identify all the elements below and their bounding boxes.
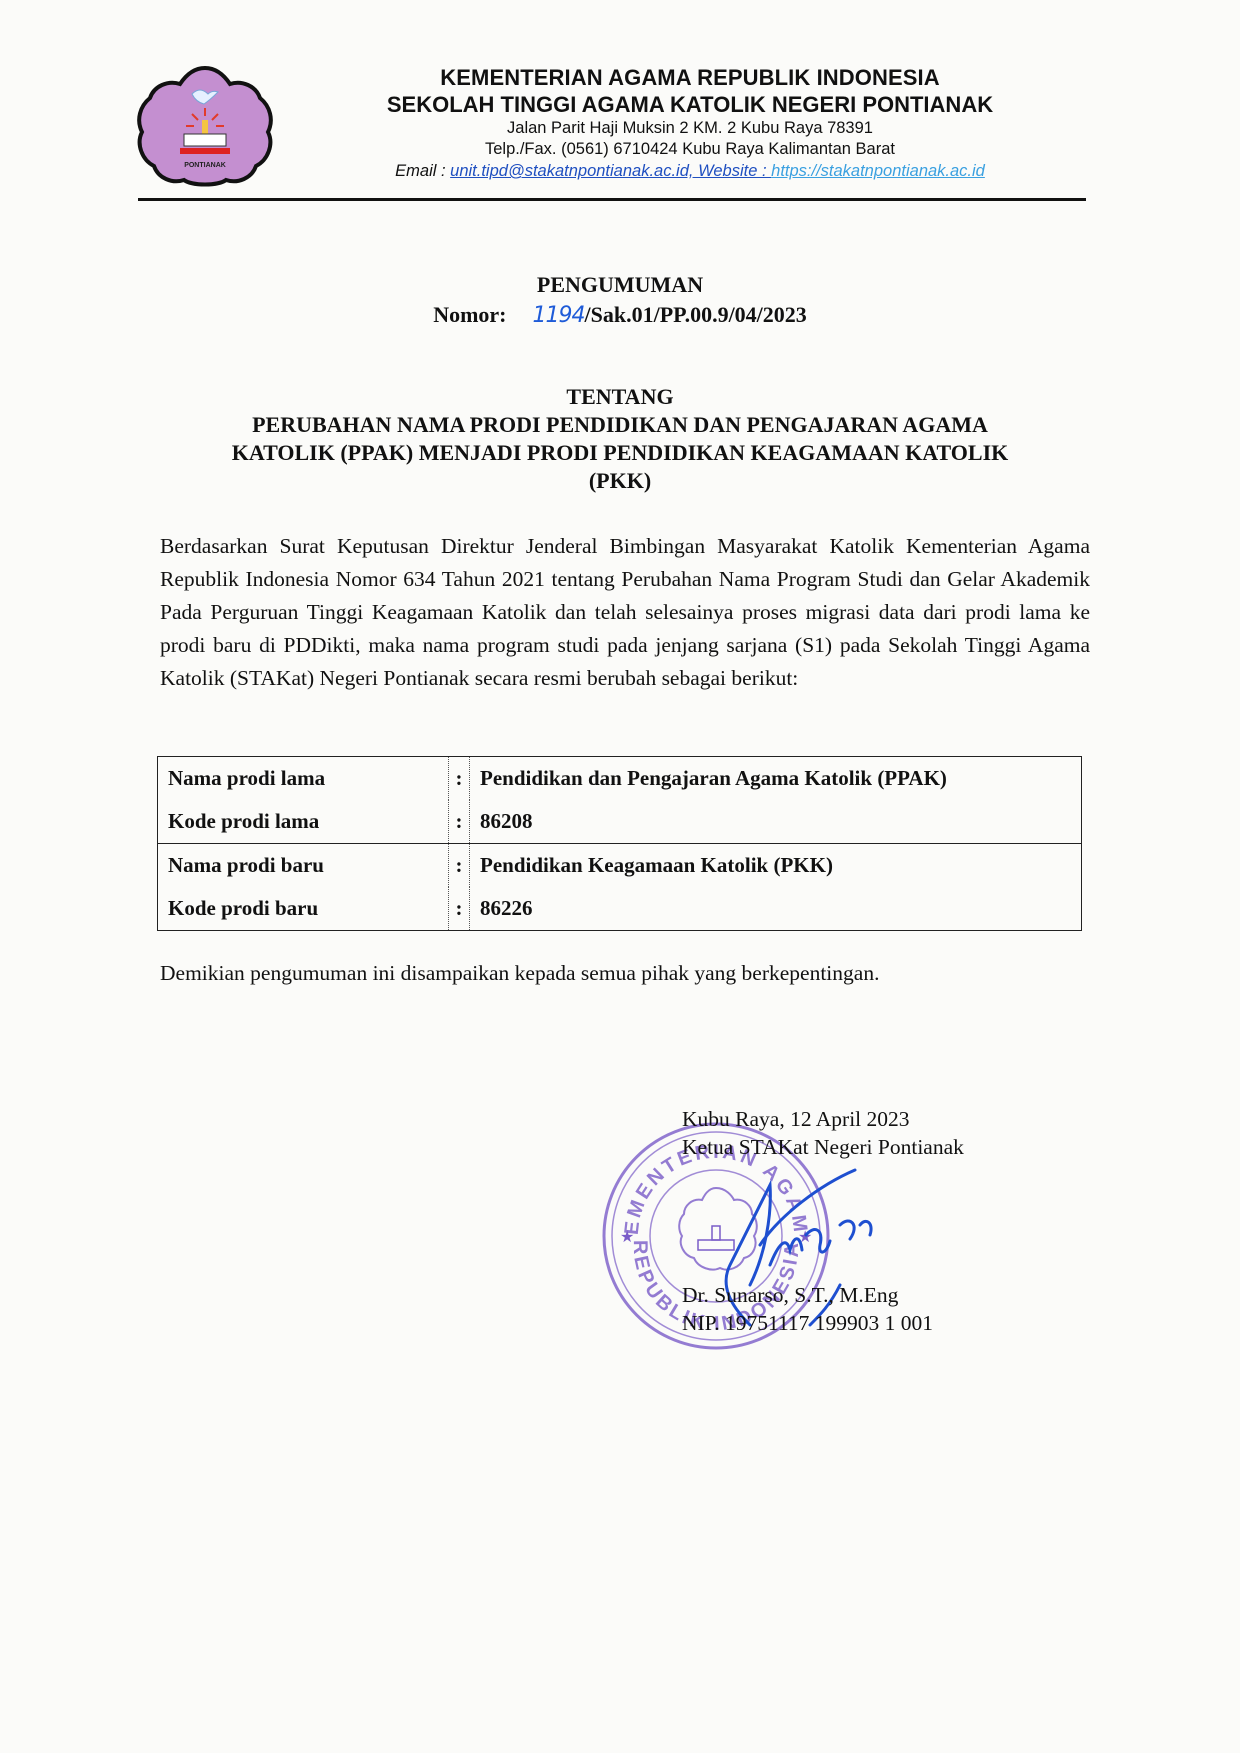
signatory-nip: NIP. 19751117 199903 1 001 [682,1309,933,1337]
row-label: Kode prodi lama [158,800,449,844]
subject-heading: TENTANG [150,383,1090,411]
website-link[interactable]: https://stakatnpontianak.ac.id [771,162,985,180]
row-value: Pendidikan Keagamaan Katolik (PKK) [470,844,1082,888]
signatory-position: Ketua STAKat Negeri Pontianak [682,1133,964,1161]
ministry-name: KEMENTERIAN AGAMA REPUBLIK INDONESIA [300,64,1080,91]
svg-text:PONTIANAK: PONTIANAK [184,162,226,169]
table-row: Nama prodi baru : Pendidikan Keagamaan K… [158,844,1082,888]
institution-crest-logo: PONTIANAK [134,64,276,188]
row-value: Pendidikan dan Pengajaran Agama Katolik … [470,757,1082,801]
email-link[interactable]: unit.tipd@stakatnpontianak.ac.id, [450,162,693,180]
table-row: Kode prodi baru : 86226 [158,887,1082,931]
number-label: Nomor: [433,302,506,327]
row-separator: : [449,844,470,888]
svg-text:★: ★ [620,1229,634,1246]
address: Jalan Parit Haji Muksin 2 KM. 2 Kubu Ray… [300,118,1080,139]
row-separator: : [449,887,470,931]
body-paragraph: Berdasarkan Surat Keputusan Direktur Jen… [160,530,1090,695]
document-title: PENGUMUMAN [300,270,940,300]
program-change-table: Nama prodi lama : Pendidikan dan Pengaja… [157,756,1082,931]
table-row: Kode prodi lama : 86208 [158,800,1082,844]
contact-line: Email : unit.tipd@stakatnpontianak.ac.id… [300,160,1080,182]
email-label: Email : [395,162,450,180]
signatory-name: Dr. Sunarso, S.T., M.Eng [682,1281,933,1309]
row-value: 86226 [470,887,1082,931]
signature-header: Kubu Raya, 12 April 2023 Ketua STAKat Ne… [682,1105,964,1161]
row-separator: : [449,757,470,801]
row-label: Kode prodi baru [158,887,449,931]
signatory-block: Dr. Sunarso, S.T., M.Eng NIP. 19751117 1… [682,1281,933,1337]
letterhead: KEMENTERIAN AGAMA REPUBLIK INDONESIA SEK… [300,64,1080,182]
subject-line-1: PERUBAHAN NAMA PRODI PENDIDIKAN DAN PENG… [150,411,1090,439]
document-number: Nomor:1194/Sak.01/PP.00.9/04/2023 [300,300,940,331]
row-label: Nama prodi lama [158,757,449,801]
institution-name: SEKOLAH TINGGI AGAMA KATOLIK NEGERI PONT… [300,91,1080,118]
letterhead-divider [138,198,1086,201]
phone: Telp./Fax. (0561) 6710424 Kubu Raya Kali… [300,139,1080,160]
row-separator: : [449,800,470,844]
subject-block: TENTANG PERUBAHAN NAMA PRODI PENDIDIKAN … [150,383,1090,495]
handwritten-number: 1194 [533,303,585,328]
website-label: Website : [693,162,771,180]
number-suffix: /Sak.01/PP.00.9/04/2023 [585,302,807,327]
row-label: Nama prodi baru [158,844,449,888]
closing-sentence: Demikian pengumuman ini disampaikan kepa… [160,958,879,988]
table-row: Nama prodi lama : Pendidikan dan Pengaja… [158,757,1082,801]
row-value: 86208 [470,800,1082,844]
subject-line-2: KATOLIK (PPAK) MENJADI PRODI PENDIDIKAN … [150,439,1090,467]
subject-line-3: (PKK) [150,467,1090,495]
place-date: Kubu Raya, 12 April 2023 [682,1105,964,1133]
